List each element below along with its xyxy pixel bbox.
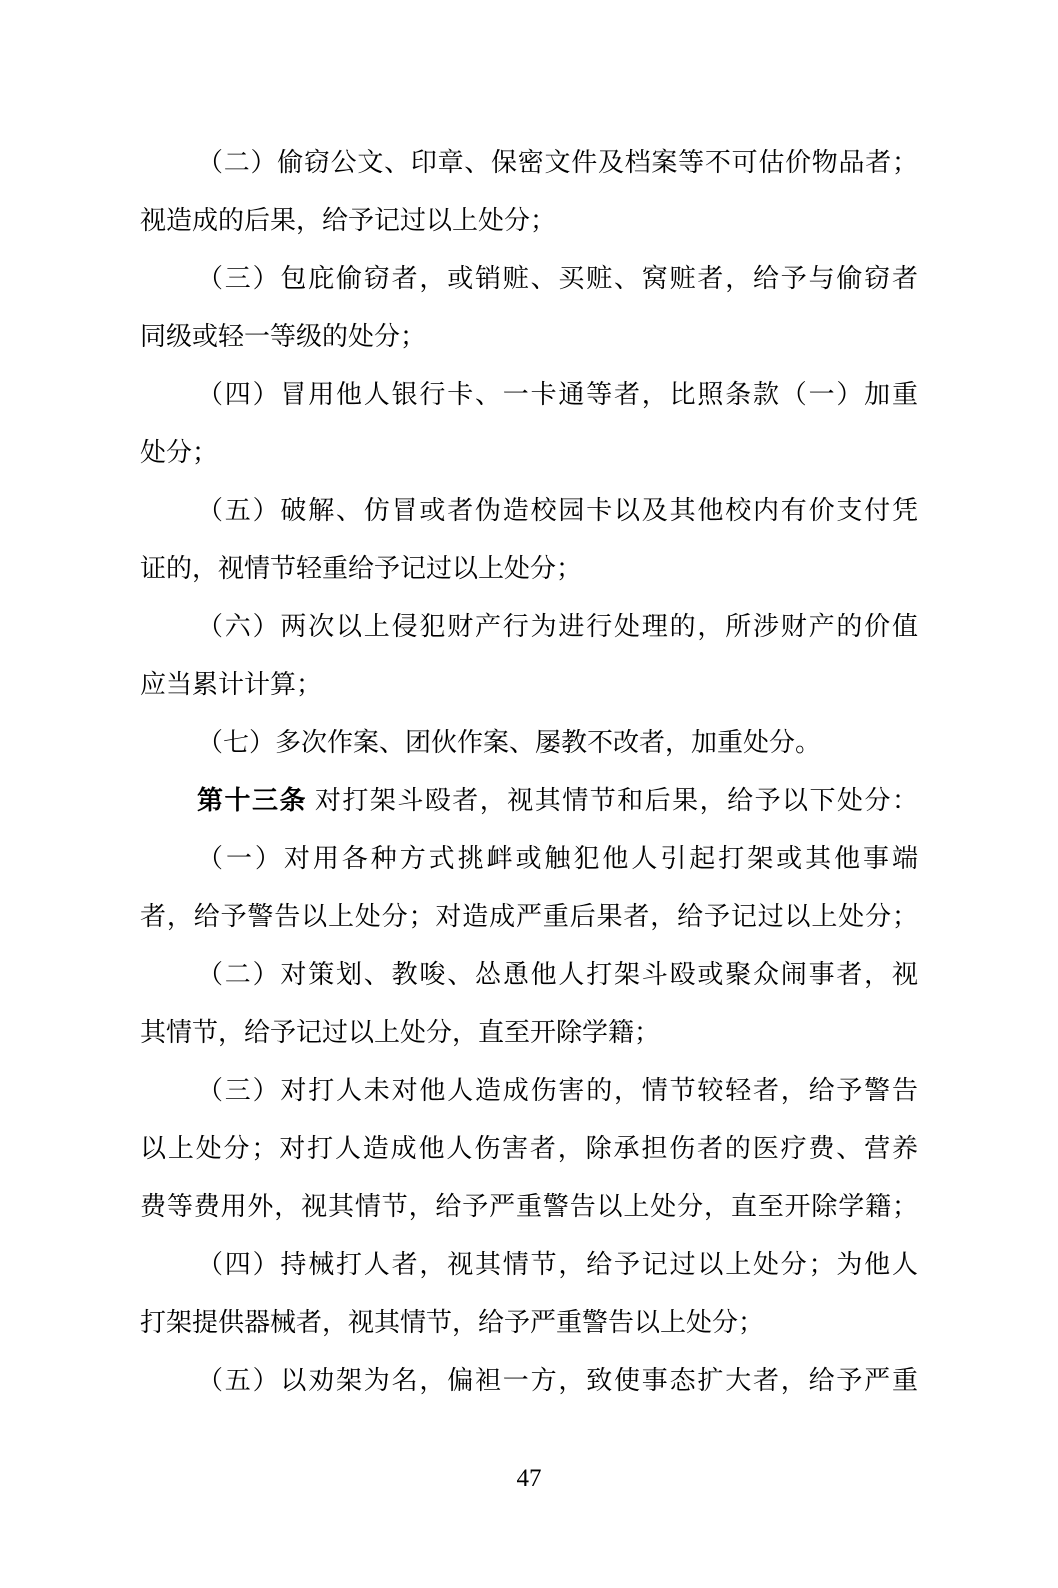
paragraph: （一）对用各种方式挑衅或触犯他人引起打架或其他事端者，给予警告以上处分；对造成严…: [140, 830, 918, 946]
paragraph: （三）对打人未对他人造成伤害的，情节较轻者，给予警告以上处分；对打人造成他人伤害…: [140, 1062, 918, 1236]
text-line: （一）对用各种方式挑衅或触犯他人引起打架或其他事端: [140, 830, 918, 888]
text-segment: 以上处分；对打人造成他人伤害者，除承担伤者的医疗费、营养: [140, 1134, 918, 1163]
text-line: （三）对打人未对他人造成伤害的，情节较轻者，给予警告: [140, 1062, 918, 1120]
text-segment: （四）持械打人者，视其情节，给予记过以上处分；为他人: [197, 1250, 918, 1279]
text-line: （五）以劝架为名，偏袒一方，致使事态扩大者，给予严重: [140, 1352, 918, 1410]
document-page: （二）偷窃公文、印章、保密文件及档案等不可估价物品者；视造成的后果，给予记过以上…: [0, 0, 1058, 1588]
text-segment: 者，给予警告以上处分；对造成严重后果者，给予记过以上处分；: [140, 902, 918, 931]
paragraph: （七）多次作案、团伙作案、屡教不改者，加重处分。: [140, 714, 918, 772]
text-segment: （三）包庇偷窃者，或销赃、买赃、窝赃者，给予与偷窃者: [197, 264, 918, 293]
text-segment: （四）冒用他人银行卡、一卡通等者，比照条款（一）加重: [197, 380, 918, 409]
text-segment: 费等费用外，视其情节，给予严重警告以上处分，直至开除学籍；: [140, 1192, 918, 1221]
text-segment: （二）对策划、教唆、怂恿他人打架斗殴或聚众闹事者，视: [197, 960, 918, 989]
paragraph: （二）对策划、教唆、怂恿他人打架斗殴或聚众闹事者，视其情节，给予记过以上处分，直…: [140, 946, 918, 1062]
text-segment: 证的，视情节轻重给予记过以上处分；: [140, 554, 582, 583]
text-line: 以上处分；对打人造成他人伤害者，除承担伤者的医疗费、营养: [140, 1120, 918, 1178]
text-line: 费等费用外，视其情节，给予严重警告以上处分，直至开除学籍；: [140, 1178, 918, 1236]
text-line: （六）两次以上侵犯财产行为进行处理的，所涉财产的价值: [140, 598, 918, 656]
paragraph: 第十三条 对打架斗殴者，视其情节和后果，给予以下处分：: [140, 772, 918, 830]
text-line: 证的，视情节轻重给予记过以上处分；: [140, 540, 918, 598]
text-line: 应当累计计算；: [140, 656, 918, 714]
text-line: 其情节，给予记过以上处分，直至开除学籍；: [140, 1004, 918, 1062]
text-line: （二）对策划、教唆、怂恿他人打架斗殴或聚众闹事者，视: [140, 946, 918, 1004]
text-segment: （五）以劝架为名，偏袒一方，致使事态扩大者，给予严重: [197, 1366, 918, 1395]
text-segment: 对打架斗殴者，视其情节和后果，给予以下处分：: [307, 786, 918, 815]
text-segment: 应当累计计算；: [140, 670, 322, 699]
text-line: （二）偷窃公文、印章、保密文件及档案等不可估价物品者；: [140, 134, 918, 192]
page-number: 47: [0, 1464, 1058, 1494]
text-line: （四）冒用他人银行卡、一卡通等者，比照条款（一）加重: [140, 366, 918, 424]
text-segment: 处分；: [140, 438, 218, 467]
paragraph: （六）两次以上侵犯财产行为进行处理的，所涉财产的价值应当累计计算；: [140, 598, 918, 714]
text-segment: （六）两次以上侵犯财产行为进行处理的，所涉财产的价值: [197, 612, 918, 641]
text-segment: （二）偷窃公文、印章、保密文件及档案等不可估价物品者；: [197, 148, 918, 177]
text-segment: （七）多次作案、团伙作案、屡教不改者，加重处分。: [197, 728, 821, 757]
paragraph: （五）以劝架为名，偏袒一方，致使事态扩大者，给予严重: [140, 1352, 918, 1410]
text-segment: （三）对打人未对他人造成伤害的，情节较轻者，给予警告: [197, 1076, 918, 1105]
text-segment: 打架提供器械者，视其情节，给予严重警告以上处分；: [140, 1308, 764, 1337]
paragraph: （三）包庇偷窃者，或销赃、买赃、窝赃者，给予与偷窃者同级或轻一等级的处分；: [140, 250, 918, 366]
paragraph: （四）持械打人者，视其情节，给予记过以上处分；为他人打架提供器械者，视其情节，给…: [140, 1236, 918, 1352]
text-segment: 视造成的后果，给予记过以上处分；: [140, 206, 556, 235]
text-line: （三）包庇偷窃者，或销赃、买赃、窝赃者，给予与偷窃者: [140, 250, 918, 308]
text-line: （五）破解、仿冒或者伪造校园卡以及其他校内有价支付凭: [140, 482, 918, 540]
text-line: （四）持械打人者，视其情节，给予记过以上处分；为他人: [140, 1236, 918, 1294]
paragraph: （五）破解、仿冒或者伪造校园卡以及其他校内有价支付凭证的，视情节轻重给予记过以上…: [140, 482, 918, 598]
text-line: 打架提供器械者，视其情节，给予严重警告以上处分；: [140, 1294, 918, 1352]
document-body: （二）偷窃公文、印章、保密文件及档案等不可估价物品者；视造成的后果，给予记过以上…: [140, 134, 918, 1410]
text-line: 同级或轻一等级的处分；: [140, 308, 918, 366]
article-number-heading: 第十三条: [197, 786, 307, 815]
text-segment: （五）破解、仿冒或者伪造校园卡以及其他校内有价支付凭: [197, 496, 918, 525]
text-line: 第十三条 对打架斗殴者，视其情节和后果，给予以下处分：: [140, 772, 918, 830]
paragraph: （二）偷窃公文、印章、保密文件及档案等不可估价物品者；视造成的后果，给予记过以上…: [140, 134, 918, 250]
text-line: 处分；: [140, 424, 918, 482]
paragraph: （四）冒用他人银行卡、一卡通等者，比照条款（一）加重处分；: [140, 366, 918, 482]
text-segment: （一）对用各种方式挑衅或触犯他人引起打架或其他事端: [197, 844, 918, 873]
text-segment: 同级或轻一等级的处分；: [140, 322, 426, 351]
text-line: （七）多次作案、团伙作案、屡教不改者，加重处分。: [140, 714, 918, 772]
text-segment: 其情节，给予记过以上处分，直至开除学籍；: [140, 1018, 660, 1047]
text-line: 视造成的后果，给予记过以上处分；: [140, 192, 918, 250]
text-line: 者，给予警告以上处分；对造成严重后果者，给予记过以上处分；: [140, 888, 918, 946]
